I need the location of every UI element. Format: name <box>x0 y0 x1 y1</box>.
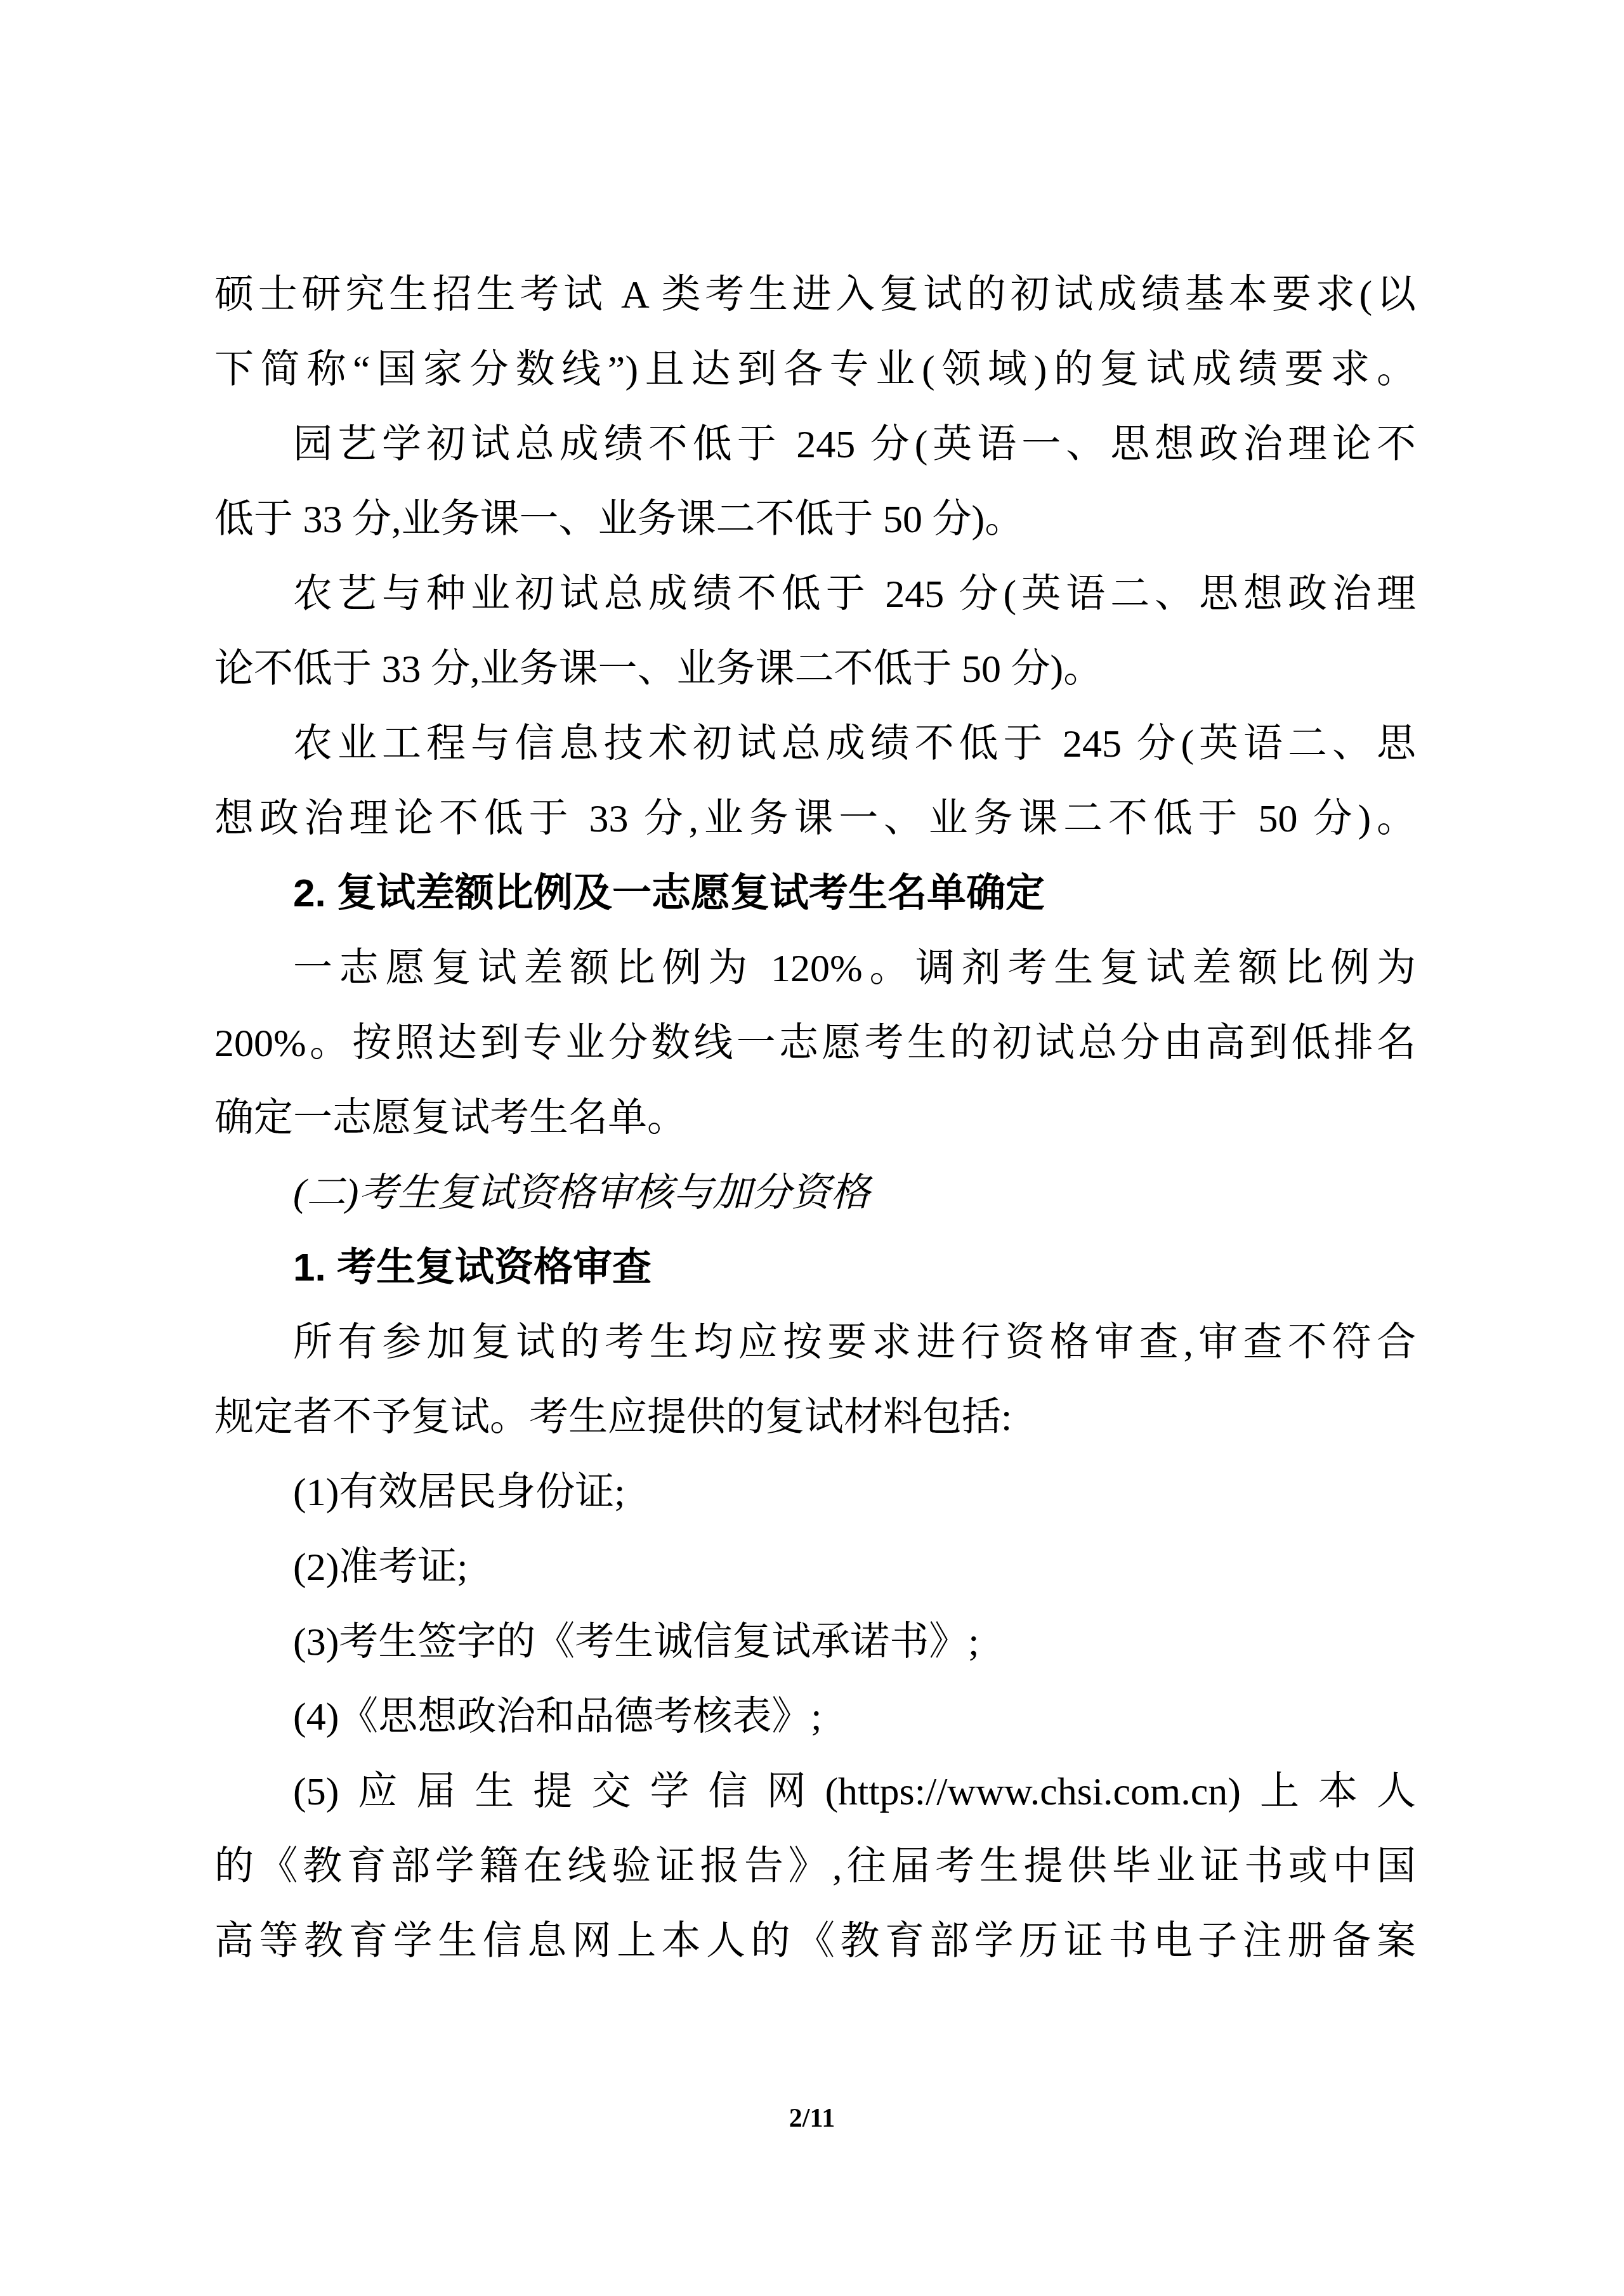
subsection-title: (二)考生复试资格审核与加分资格 <box>214 1156 1416 1230</box>
text-line: 低于 33 分,业务课一、业务课二不低于 50 分)。 <box>214 482 1416 557</box>
text-line: 的《教育部学籍在线验证报告》,往届考生提供毕业证书或中国 <box>214 1829 1416 1904</box>
text-line: 确定一志愿复试考生名单。 <box>214 1081 1416 1156</box>
text-line: 下简称“国家分数线”)且达到各专业(领域)的复试成绩要求。 <box>214 332 1416 407</box>
text-line: 所有参加复试的考生均应按要求进行资格审查,审查不符合 <box>214 1305 1416 1380</box>
text-line: 农业工程与信息技术初试总成绩不低于 245 分(英语二、思 <box>214 707 1416 781</box>
list-item: (5)应届生提交学信网(https://www.chsi.com.cn)上本人 <box>214 1754 1416 1829</box>
text-line: 高等教育学生信息网上本人的《教育部学历证书电子注册备案 <box>214 1904 1416 1979</box>
document-body: 硕士研究生招生考试 A 类考生进入复试的初试成绩基本要求(以 下简称“国家分数线… <box>214 258 1416 1979</box>
list-item: (2)准考证; <box>214 1530 1416 1605</box>
text-line: 论不低于 33 分,业务课一、业务课二不低于 50 分)。 <box>214 632 1416 707</box>
list-item: (1)有效居民身份证; <box>214 1455 1416 1530</box>
list-item: (4)《思想政治和品德考核表》; <box>214 1680 1416 1754</box>
text-line: 200%。按照达到专业分数线一志愿考生的初试总分由高到低排名 <box>214 1006 1416 1081</box>
section-heading: 1. 考生复试资格审查 <box>214 1230 1416 1305</box>
text-line: 农艺与种业初试总成绩不低于 245 分(英语二、思想政治理 <box>214 557 1416 632</box>
list-item: (3)考生签字的《考生诚信复试承诺书》; <box>214 1605 1416 1680</box>
text-line: 园艺学初试总成绩不低于 245 分(英语一、思想政治理论不 <box>214 407 1416 482</box>
page-number: 2/11 <box>0 2101 1624 2136</box>
text-line: 想政治理论不低于 33 分,业务课一、业务课二不低于 50 分)。 <box>214 781 1416 856</box>
text-line: 规定者不予复试。考生应提供的复试材料包括: <box>214 1380 1416 1455</box>
section-heading: 2. 复试差额比例及一志愿复试考生名单确定 <box>214 856 1416 931</box>
document-page: 硕士研究生招生考试 A 类考生进入复试的初试成绩基本要求(以 下简称“国家分数线… <box>0 0 1624 2296</box>
text-line: 硕士研究生招生考试 A 类考生进入复试的初试成绩基本要求(以 <box>214 258 1416 332</box>
text-line: 一志愿复试差额比例为 120%。调剂考生复试差额比例为 <box>214 931 1416 1006</box>
